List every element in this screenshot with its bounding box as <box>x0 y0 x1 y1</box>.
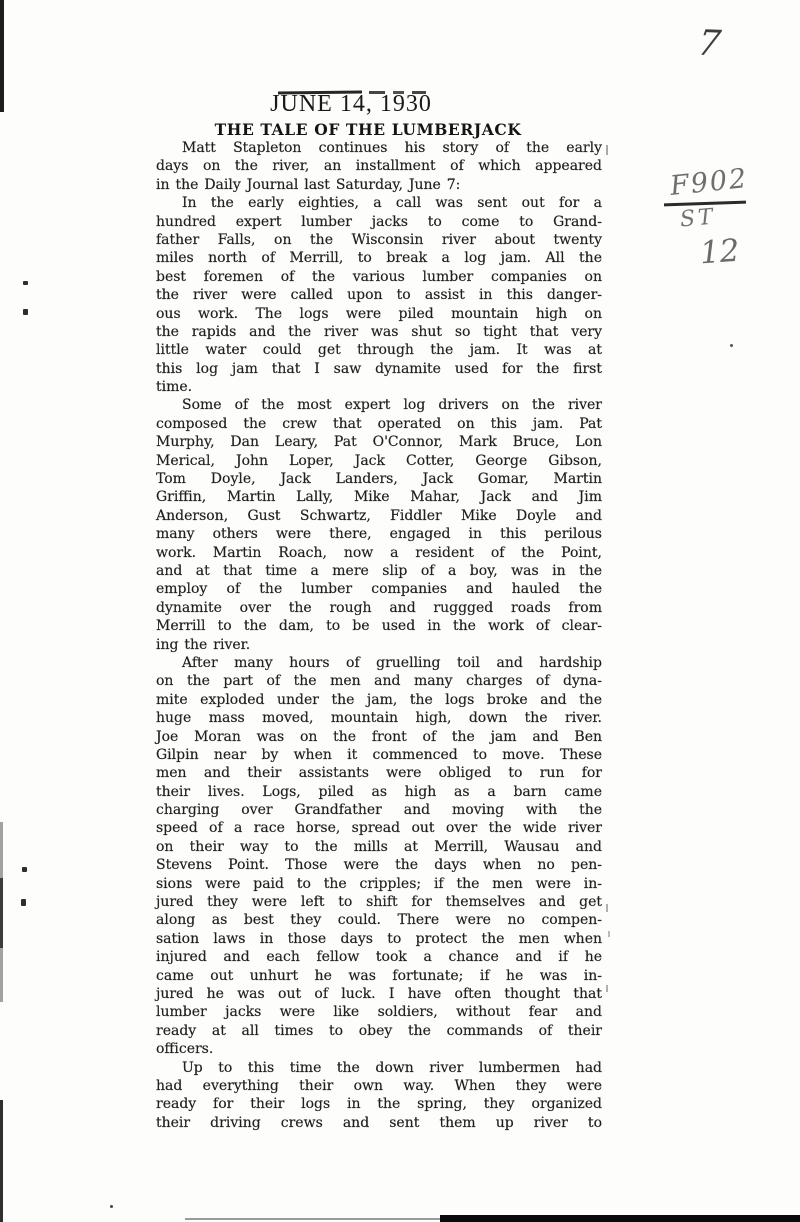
article-line: the rapids and the river was shut so tig… <box>156 323 602 341</box>
article-line: ready at all times to obey the commands … <box>156 1022 602 1040</box>
scan-speck <box>21 899 26 906</box>
article-line: ing the river. <box>156 636 602 654</box>
article-line: many others were there, engaged in this … <box>156 525 602 543</box>
scan-speck <box>730 344 733 347</box>
article-line: composed the crew that operated on this … <box>156 415 602 433</box>
article-line: Up to this time the down river lumbermen… <box>156 1059 602 1077</box>
article-line: Tom Doyle, Jack Landers, Jack Gomar, Mar… <box>156 470 602 488</box>
article-line: lumber jacks were like soldiers, without… <box>156 1003 602 1021</box>
article-line: After many hours of gruelling toil and h… <box>156 654 602 672</box>
scan-bottom-line-thin <box>185 1218 443 1220</box>
article-line: ous work. The logs were piled mountain h… <box>156 305 602 323</box>
paragraph: Up to this time the down river lumbermen… <box>156 1059 602 1133</box>
article-line: their driving crews and sent them up riv… <box>156 1114 602 1132</box>
article-line: work. Martin Roach, now a resident of th… <box>156 544 602 562</box>
handwritten-call-number-class: F902 <box>669 163 750 202</box>
article-line: mite exploded under the jam, the logs br… <box>156 691 602 709</box>
article-line: had everything their own way. When they … <box>156 1077 602 1095</box>
article-line: miles north of Merrill, to break a log j… <box>156 249 602 267</box>
article-line: jured he was out of luck. I have often t… <box>156 985 602 1003</box>
scan-edge-strip-middle-dark <box>0 878 3 948</box>
article-line: Murphy, Dan Leary, Pat O'Connor, Mark Br… <box>156 433 602 451</box>
scan-edge-strip-bottom <box>0 1100 3 1222</box>
paragraph: In the early eighties, a call was sent o… <box>156 194 602 396</box>
article-line: hundred expert lumber jacks to come to G… <box>156 213 602 231</box>
article-line: sation laws in those days to protect the… <box>156 930 602 948</box>
article-line: In the early eighties, a call was sent o… <box>156 194 602 212</box>
article-line: days on the river, an installment of whi… <box>156 157 602 175</box>
article-line: their lives. Logs, piled as high as a ba… <box>156 783 602 801</box>
article-line: father Falls, on the Wisconsin river abo… <box>156 231 602 249</box>
article-line: charging over Grandfather and moving wit… <box>156 801 602 819</box>
article-line: jured they were left to shift for themse… <box>156 893 602 911</box>
article-line: this log jam that I saw dynamite used fo… <box>156 360 602 378</box>
article-line: employ of the lumber companies and haule… <box>156 580 602 598</box>
article-line: in the Daily Journal last Saturday, June… <box>156 176 602 194</box>
article-title: THE TALE OF THE LUMBERJACK <box>215 120 522 139</box>
scan-speck <box>110 1205 113 1208</box>
article-line: Griffin, Martin Lally, Mike Mahar, Jack … <box>156 488 602 506</box>
scan-tick-mark <box>608 931 610 937</box>
article-line: men and their assistants were obliged to… <box>156 764 602 782</box>
scan-bottom-line-thick <box>440 1215 800 1222</box>
article-line: Merrill to the dam, to be used in the wo… <box>156 617 602 635</box>
article-line: the river were called upon to assist in … <box>156 286 602 304</box>
article-line: Gilpin near by when it commenced to move… <box>156 746 602 764</box>
paragraph: After many hours of gruelling toil and h… <box>156 654 602 1059</box>
article-line: officers. <box>156 1040 602 1058</box>
scan-speck <box>23 309 28 315</box>
article-line: on the part of the men and many charges … <box>156 672 602 690</box>
article-line: ready for their logs in the spring, they… <box>156 1095 602 1113</box>
article-line: sions were paid to the cripples; if the … <box>156 875 602 893</box>
article-line: Anderson, Gust Schwartz, Fiddler Mike Do… <box>156 507 602 525</box>
paragraph: Some of the most expert log drivers on t… <box>156 396 602 653</box>
date-heading: JUNE 14, 1930 <box>270 91 432 118</box>
article-line: speed of a race horse, spread out over t… <box>156 819 602 837</box>
scan-tick-mark <box>606 145 608 155</box>
article-line: Some of the most expert log drivers on t… <box>156 396 602 414</box>
handwritten-page-number: 7 <box>695 24 723 65</box>
article-line: time. <box>156 378 602 396</box>
scanned-archive-page: { "colors": { "paper": "#fdfdfb", "print… <box>0 0 800 1222</box>
article-line: came out unhurt he was fortunate; if he … <box>156 967 602 985</box>
article-line: huge mass moved, mountain high, down the… <box>156 709 602 727</box>
article-body: Matt Stapleton continues his story of th… <box>156 86 602 1132</box>
scan-tick-mark <box>606 904 608 912</box>
article-line: little water could get through the jam. … <box>156 341 602 359</box>
scan-speck <box>22 867 27 872</box>
article-line: and at that time a mere slip of a boy, w… <box>156 562 602 580</box>
article-line: on their way to the mills at Merrill, Wa… <box>156 838 602 856</box>
scan-tick-mark <box>606 985 608 992</box>
article-line: injured and each fellow took a chance an… <box>156 948 602 966</box>
article-line: along as best they could. There were no … <box>156 911 602 929</box>
article-line: Joe Moran was on the front of the jam an… <box>156 728 602 746</box>
article-line: best foremen of the various lumber compa… <box>156 268 602 286</box>
article-line: Matt Stapleton continues his story of th… <box>156 139 602 157</box>
paragraph: Matt Stapleton continues his story of th… <box>156 139 602 194</box>
newspaper-clipping: JUNE 14, 1930 THE TALE OF THE LUMBERJACK… <box>156 86 602 1132</box>
scan-speck <box>23 281 28 285</box>
article-line: dynamite over the rough and ruggged road… <box>156 599 602 617</box>
article-line: Stevens Point. Those were the days when … <box>156 856 602 874</box>
article-line: Merical, John Loper, Jack Cotter, George… <box>156 452 602 470</box>
handwritten-call-number-cutter: ST <box>679 204 717 232</box>
scan-edge-strip-top <box>0 0 4 112</box>
handwritten-call-number-volume: 12 <box>699 233 741 272</box>
